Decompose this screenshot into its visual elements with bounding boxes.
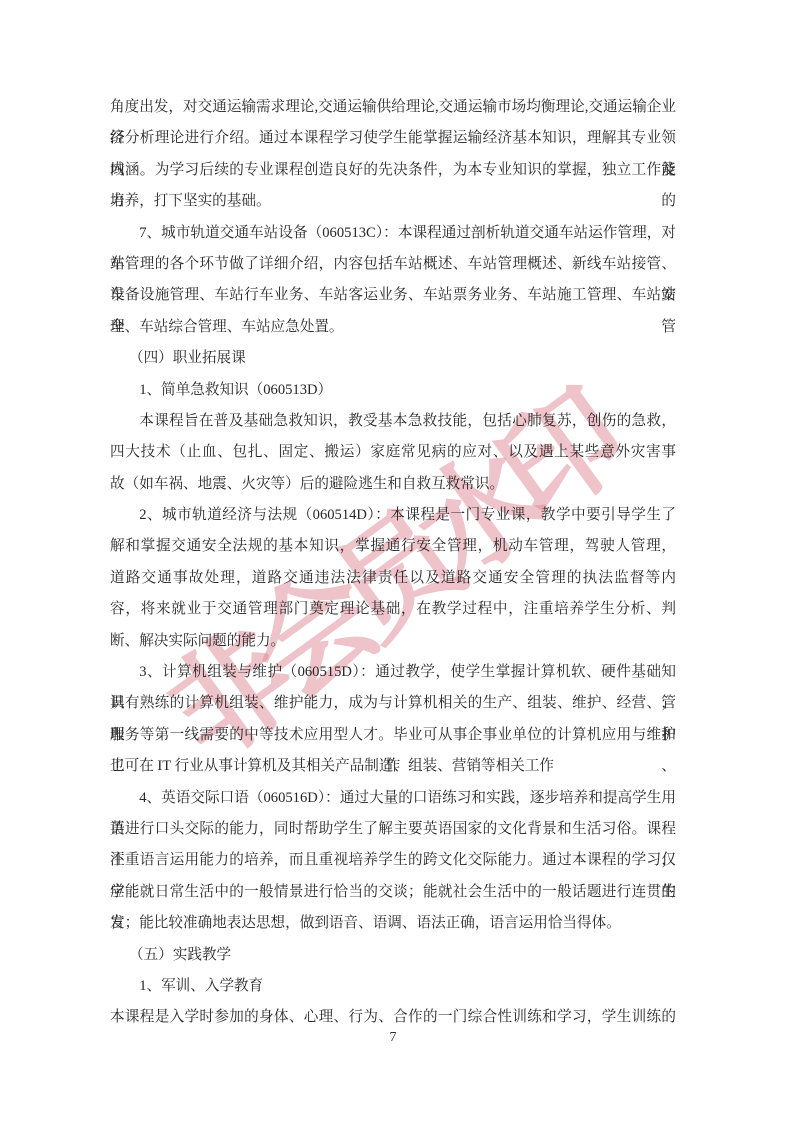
text-line-2: 济分析理论进行介绍。通过本课程学习使学生能掌握运输经济基本知识，理解其专业领域及 xyxy=(110,123,676,154)
text-line-27: 言；能比较准确地表达思想，做到语音、语调、语法正确，语言运用恰当得体。 xyxy=(110,908,676,939)
page-number: 7 xyxy=(110,1030,676,1046)
text-line-9: （四）职业拓展课 xyxy=(110,343,676,374)
text-line-30: 本课程是入学时参加的身体、心理、行为、合作的一门综合性训练和学习，学生训练的 xyxy=(110,1002,676,1033)
text-line-11: 本课程旨在普及基础急救知识，教受基本急救技能，包括心肺复苏，创伤的急救， xyxy=(110,406,676,437)
text-line-18: 断、解决实际问题的能力。 xyxy=(110,626,676,657)
text-line-17: 容，将来就业于交通管理部门奠定理论基础，在教学过程中，注重培养学生分析、判 xyxy=(110,594,676,625)
text-line-28: （五）实践教学 xyxy=(110,940,676,971)
text-line-14: 2、城市轨道经济与法规（060514D）：本课程是一门专业课，教学中要引导学生了 xyxy=(110,500,676,531)
text-line-21: 服务等第一线需要的中等技术应用型人才。毕业可从事企事业单位的计算机应用与维护工作… xyxy=(110,720,676,751)
text-line-10: 1、简单急救知识（060513D） xyxy=(110,375,676,406)
text-line-16: 道路交通事故处理，道路交通违法法律责任以及道路交通安全管理的执法监督等内 xyxy=(110,563,676,594)
text-line-6: 站管理的各个环节做了详细介绍，内容包括车站概述、车站管理概述、新线车站接管、车站 xyxy=(110,249,676,280)
text-line-26: 应能就日常生活中的一般情景进行恰当的交谈；能就社会生活中的一般话题进行连贯的发 xyxy=(110,877,676,908)
text-line-13: 故（如车祸、地震、火灾等）后的避险逃生和自救互救常识。 xyxy=(110,469,676,500)
text-line-15: 解和掌握交通安全法规的基本知识，掌握通行安全管理，机动车管理，驾驶人管理， xyxy=(110,531,676,562)
text-line-29: 1、军训、入学教育 xyxy=(110,971,676,1002)
text-line-25: 注重语言运用能力的培养，而且重视培养学生的跨文化交际能力。通过本课程的学习，学生 xyxy=(110,845,676,876)
text-line-19: 3、计算机组装与维护（060515D）：通过教学，使学生掌握计算机软、硬件基础知… xyxy=(110,657,676,688)
text-line-12: 四大技术（止血、包扎、固定、搬运）家庭常见病的应对、以及遇上某些意外灾害事 xyxy=(110,437,676,468)
text-line-1: 角度出发，对交通运输需求理论,交通运输供给理论,交通运输市场均衡理论,交通运输企… xyxy=(110,92,676,123)
text-line-5: 7、城市轨道交通车站设备（060513C）：本课程通过剖析轨道交通车站运作管理，… xyxy=(110,218,676,249)
document-page: 非会员水印 角度出发，对交通运输需求理论,交通运输供给理论,交通运输市场均衡理论… xyxy=(0,0,793,1122)
text-line-20: 具有熟练的计算机组装、维护能力，成为与计算机相关的生产、组装、维护、经营、管理和 xyxy=(110,688,676,719)
text-line-23: 4、英语交际口语（060516D）：通过大量的口语练习和实践，逐步培养和提高学生… xyxy=(110,783,676,814)
text-line-24: 语进行口头交际的能力，同时帮助学生了解主要英语国家的文化背景和生活习俗。课程不仅 xyxy=(110,814,676,845)
document-text-block: 角度出发，对交通运输需求理论,交通运输供给理论,交通运输市场均衡理论,交通运输企… xyxy=(110,92,676,1034)
text-line-7: 设备设施管理、车站行车业务、车站客运业务、车站票务业务、车站施工管理、车站安全管 xyxy=(110,280,676,311)
text-line-3: 内涵。为学习后续的专业课程创造良好的先决条件，为本专业知识的掌握，独立工作能力的 xyxy=(110,155,676,186)
